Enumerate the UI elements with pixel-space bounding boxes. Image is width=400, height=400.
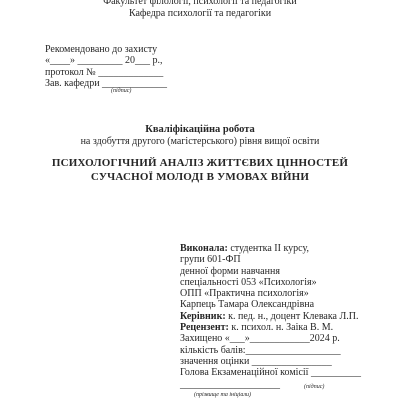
document-header: Факультет філології, психології та педаг… [0,0,400,19]
signature-caption: (підпис) [111,88,167,95]
supervisor-label: Керівник: [180,311,226,322]
approval-head-line: Зав. кафедри _____________ [45,78,167,89]
faculty-line: Факультет філології, психології та педаг… [0,0,400,8]
committee-line: Голова Екзаменаційної комісії __________ [180,367,361,378]
committee-name-blank: ____________________ [180,379,280,390]
points-line: кількість балів:___________________ [180,345,361,356]
performed-line: Виконала: студентка ІІ курсу, [180,243,361,254]
committee-signature-row: ____________________ (підпис) [180,379,361,393]
reviewer-text: к. психол. н. Заіка В. М. [229,322,333,333]
performed-text: студентка ІІ курсу, [228,243,309,254]
approval-title: Рекомендовано до захисту [45,44,167,55]
work-type: Кваліфікаційна робота [0,124,400,136]
reviewer-line: Рецензент: к. психол. н. Заіка В. М. [180,322,361,333]
department-line: Кафедра психології та педагогіки [0,8,400,20]
defended-line: Захищено «___»____________2024 р. [180,333,361,344]
speciality-line: спеціальності 053 «Психологія» [180,277,361,288]
reviewer-label: Рецензент: [180,322,229,333]
degree-line: на здобуття другого (магістерського) рів… [0,136,400,148]
committee-signature-caption: (підпис) [304,382,324,393]
committee-name-caption: (прізвище та ініціали) [194,392,361,399]
approval-protocol-line: протокол № _____________ [45,67,167,78]
thesis-title-line1: ПСИХОЛОГІЧНИЙ АНАЛІЗ ЖИТТЄВИХ ЦІННОСТЕЙ [0,157,400,171]
thesis-title-line2: СУЧАСНОЇ МОЛОДІ В УМОВАХ ВІЙНИ [0,171,400,185]
study-form-line: денної форми навчання [180,266,361,277]
approval-block: Рекомендовано до захисту «____» ________… [45,44,167,95]
group-line: групи 601-ФП [180,254,361,265]
grade-line: значення оцінки ________________ [180,356,361,367]
supervisor-text: к. пед. н., доцент Клевака Л.П. [226,311,359,322]
supervisor-line: Керівник: к. пед. н., доцент Клевака Л.П… [180,311,361,322]
opp-line: ОПП «Практична психологія» [180,288,361,299]
title-block: Кваліфікаційна робота на здобуття другог… [0,124,400,184]
author-block: Виконала: студентка ІІ курсу, групи 601-… [180,243,361,399]
approval-date-line: «____» _________ 20___ р., [45,55,167,66]
student-name-line: Карпець Тамара Олександрівна [180,299,361,310]
thesis-title: ПСИХОЛОГІЧНИЙ АНАЛІЗ ЖИТТЄВИХ ЦІННОСТЕЙ … [0,157,400,184]
document-page: Факультет філології, психології та педаг… [0,0,400,400]
performed-label: Виконала: [180,243,228,254]
